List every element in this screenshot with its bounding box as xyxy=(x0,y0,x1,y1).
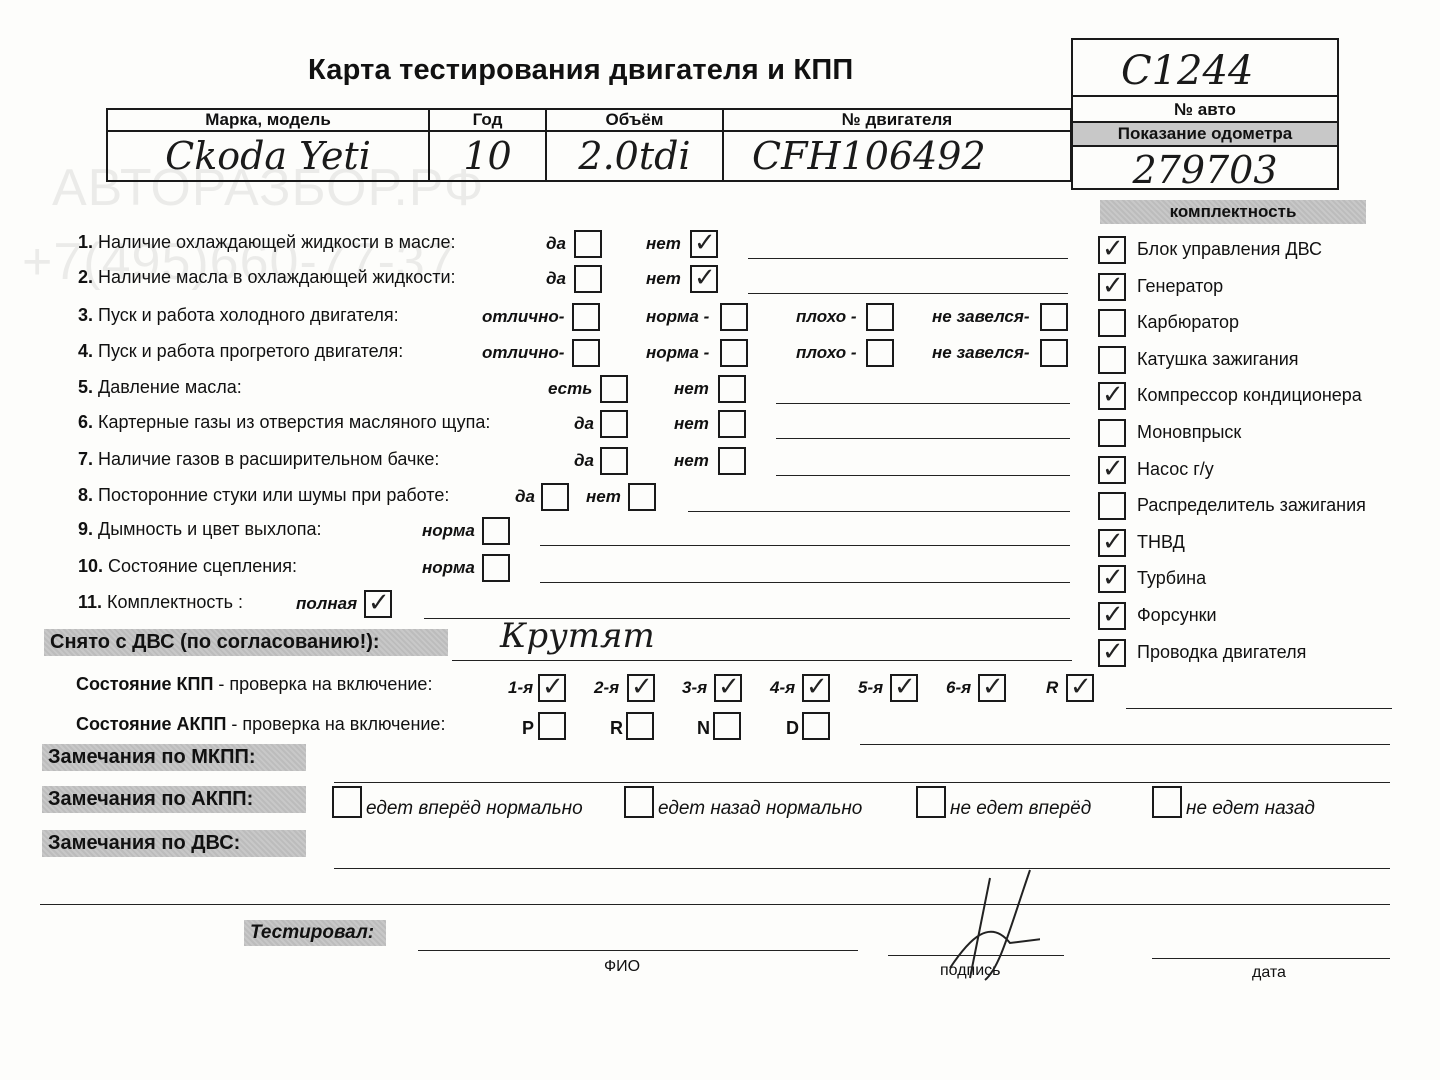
option-label: не завелся- xyxy=(932,307,1030,327)
date-line[interactable] xyxy=(1152,958,1390,959)
option-label: не завелся- xyxy=(932,343,1030,363)
option-label: да xyxy=(546,234,566,254)
checkmark-icon: ✓ xyxy=(1102,456,1124,482)
question-7-option-2-checkbox[interactable] xyxy=(718,447,746,475)
volume-field[interactable]: 2.0tdi xyxy=(546,131,723,181)
kpp-gear-label: 2-я xyxy=(594,678,619,698)
option-label: да xyxy=(546,269,566,289)
kit-item-checkbox[interactable]: ✓ xyxy=(1098,456,1126,484)
kit-item-label: Распределитель зажигания xyxy=(1137,495,1366,516)
option-label: норма - xyxy=(646,343,709,363)
question-7-option-1-checkbox[interactable] xyxy=(600,447,628,475)
option-label: есть xyxy=(548,379,592,399)
checkmark-icon: ✓ xyxy=(631,674,653,700)
kpp-gear-label: R xyxy=(1046,678,1058,698)
remarks-dvs-line-2[interactable] xyxy=(40,904,1390,905)
page-title: Карта тестирования двигателя и КПП xyxy=(308,54,853,87)
option-label: да xyxy=(574,451,594,471)
question-3-option-3-checkbox[interactable] xyxy=(866,303,894,331)
remarks-dvs-line[interactable] xyxy=(334,868,1390,869)
akpp-gear-label: N xyxy=(697,718,710,739)
notes-line[interactable] xyxy=(776,403,1070,404)
notes-line[interactable] xyxy=(776,475,1070,476)
kpp-gear-checkbox[interactable]: ✓ xyxy=(627,674,655,702)
kit-item-checkbox[interactable]: ✓ xyxy=(1098,602,1126,630)
notes-line[interactable] xyxy=(748,258,1068,259)
question-8: 8. Посторонние стуки или шумы при работе… xyxy=(78,485,449,506)
odometer-label: Показание одометра xyxy=(1073,121,1337,147)
signature-scribble xyxy=(930,868,1040,988)
kit-item-label: Насос г/у xyxy=(1137,459,1214,480)
checkmark-icon: ✓ xyxy=(1102,382,1124,408)
kpp-gear-checkbox[interactable]: ✓ xyxy=(978,674,1006,702)
akpp-gear-label: R xyxy=(610,718,623,739)
question-11: 11. Комплектность : xyxy=(78,592,243,613)
akpp-gear-label: D xyxy=(786,718,799,739)
removed-line xyxy=(452,660,1072,661)
kpp-gear-checkbox[interactable]: ✓ xyxy=(890,674,918,702)
option-label: да xyxy=(574,414,594,434)
col-header-volume: Объём xyxy=(546,109,723,131)
option-label: нет xyxy=(646,269,681,289)
kit-item-checkbox[interactable]: ✓ xyxy=(1098,382,1126,410)
notes-line[interactable] xyxy=(540,582,1070,583)
akpp-gear-checkbox[interactable] xyxy=(802,712,830,740)
checkmark-icon: ✓ xyxy=(1102,529,1124,555)
kpp-line xyxy=(1126,708,1392,709)
date-label: дата xyxy=(1252,964,1286,982)
remarks-dvs-label: Замечания по ДВС: xyxy=(42,830,306,857)
question-4-option-4-checkbox[interactable] xyxy=(1040,339,1068,367)
option-label: нет xyxy=(646,234,681,254)
option-label: отлично- xyxy=(482,343,564,363)
kit-item-label: Карбюратор xyxy=(1137,312,1239,333)
col-header-make-model: Марка, модель xyxy=(107,109,429,131)
tested-by-label: Тестировал: xyxy=(244,920,386,946)
kpp-gear-checkbox[interactable]: ✓ xyxy=(714,674,742,702)
question-6-option-2-checkbox[interactable] xyxy=(718,410,746,438)
question-11-option-1-checkbox[interactable]: ✓ xyxy=(364,590,392,618)
kit-item-label: ТНВД xyxy=(1137,532,1185,553)
kit-item-label: Турбина xyxy=(1137,568,1206,589)
checkmark-icon: ✓ xyxy=(1102,602,1124,628)
checkmark-icon: ✓ xyxy=(1102,565,1124,591)
akpp-remark-checkbox[interactable] xyxy=(916,786,946,818)
question-4-option-2-checkbox[interactable] xyxy=(720,339,748,367)
akpp-remark-checkbox[interactable] xyxy=(624,786,654,818)
akpp-remark-checkbox[interactable] xyxy=(1152,786,1182,818)
akpp-remark-label: не едет вперёд xyxy=(950,798,1091,820)
checkmark-icon: ✓ xyxy=(1102,639,1124,665)
option-label: нет xyxy=(674,451,709,471)
kpp-gear-checkbox[interactable]: ✓ xyxy=(802,674,830,702)
checkmark-icon: ✓ xyxy=(694,230,716,256)
question-9-option-1-checkbox[interactable] xyxy=(482,517,510,545)
question-7: 7. Наличие газов в расширительном бачке: xyxy=(78,449,439,470)
question-6: 6. Картерные газы из отверстия масляного… xyxy=(78,412,490,433)
question-5-option-1-checkbox[interactable] xyxy=(600,375,628,403)
kit-item-checkbox[interactable]: ✓ xyxy=(1098,273,1126,301)
option-label: нет xyxy=(586,487,621,507)
akpp-remark-label: едет вперёд нормально xyxy=(366,798,583,820)
akpp-remark-checkbox[interactable] xyxy=(332,786,362,818)
question-3-option-1-checkbox[interactable] xyxy=(572,303,600,331)
kit-item-checkbox[interactable] xyxy=(1098,346,1126,374)
kit-item-checkbox[interactable]: ✓ xyxy=(1098,565,1126,593)
option-label: норма xyxy=(422,558,475,578)
question-2-option-2-checkbox[interactable]: ✓ xyxy=(690,265,718,293)
checkmark-icon: ✓ xyxy=(1070,674,1092,700)
checkmark-icon: ✓ xyxy=(806,674,828,700)
odometer-field[interactable]: 279703 xyxy=(1073,147,1337,193)
question-2-option-1-checkbox[interactable] xyxy=(574,265,602,293)
kit-item-checkbox[interactable] xyxy=(1098,309,1126,337)
checkmark-icon: ✓ xyxy=(694,265,716,291)
question-1: 1. Наличие охлаждающей жидкости в масле: xyxy=(78,232,456,253)
kit-item-label: Моновпрыск xyxy=(1137,422,1241,443)
kpp-gear-label: 3-я xyxy=(682,678,707,698)
question-9: 9. Дымность и цвет выхлопа: xyxy=(78,519,321,540)
kit-item-checkbox[interactable]: ✓ xyxy=(1098,236,1126,264)
remarks-mkpp-label: Замечания по МКПП: xyxy=(42,744,306,771)
option-label: да xyxy=(515,487,535,507)
option-label: отлично- xyxy=(482,307,564,327)
kit-item-label: Проводка двигателя xyxy=(1137,642,1306,663)
car-number-label: № авто xyxy=(1073,95,1337,121)
question-6-option-1-checkbox[interactable] xyxy=(600,410,628,438)
kit-item-checkbox[interactable]: ✓ xyxy=(1098,529,1126,557)
year-field[interactable]: 10 xyxy=(429,131,546,181)
checkmark-icon: ✓ xyxy=(894,674,916,700)
kit-item-label: Катушка зажигания xyxy=(1137,349,1299,370)
kit-item-label: Генератор xyxy=(1137,276,1223,297)
akpp-gear-checkbox[interactable] xyxy=(713,712,741,740)
vehicle-info-table: Марка, модель Год Объём № двигателя Ckod… xyxy=(106,108,1072,182)
question-4-option-3-checkbox[interactable] xyxy=(866,339,894,367)
kpp-gear-label: 5-я xyxy=(858,678,883,698)
akpp-label: Состояние АКПП - проверка на включение: xyxy=(76,714,445,735)
kit-item-label: Компрессор кондиционера xyxy=(1137,385,1362,406)
col-header-engine-number: № двигателя xyxy=(723,109,1071,131)
checkmark-icon: ✓ xyxy=(1102,236,1124,262)
kit-item-checkbox[interactable] xyxy=(1098,419,1126,447)
kpp-label: Состояние КПП - проверка на включение: xyxy=(76,674,432,695)
remarks-akpp-label: Замечания по АКПП: xyxy=(42,786,306,813)
option-label: плохо - xyxy=(796,307,857,327)
notes-line[interactable] xyxy=(748,293,1068,294)
option-label: норма - xyxy=(646,307,709,327)
car-number-block: C1244 № авто Показание одометра 279703 xyxy=(1071,38,1339,190)
checkmark-icon: ✓ xyxy=(368,590,390,616)
question-8-option-1-checkbox[interactable] xyxy=(541,483,569,511)
akpp-gear-label: P xyxy=(522,718,534,739)
notes-line[interactable] xyxy=(540,545,1070,546)
checkmark-icon: ✓ xyxy=(1102,273,1124,299)
question-3-option-2-checkbox[interactable] xyxy=(720,303,748,331)
remarks-mkpp-line[interactable] xyxy=(334,782,1390,783)
question-1-option-1-checkbox[interactable] xyxy=(574,230,602,258)
checkmark-icon: ✓ xyxy=(718,674,740,700)
removed-label: Снято с ДВС (по согласованию!): xyxy=(44,629,448,656)
make-model-field[interactable]: Ckoda Yeti xyxy=(107,131,429,181)
col-header-year: Год xyxy=(429,109,546,131)
question-4-option-1-checkbox[interactable] xyxy=(572,339,600,367)
kit-item-label: Блок управления ДВС xyxy=(1137,239,1322,260)
akpp-remark-label: едет назад нормально xyxy=(658,798,862,820)
checkmark-icon: ✓ xyxy=(982,674,1004,700)
akpp-gear-checkbox[interactable] xyxy=(538,712,566,740)
kit-item-checkbox[interactable] xyxy=(1098,492,1126,520)
removed-field[interactable]: Крутят xyxy=(500,616,655,656)
question-3: 3. Пуск и работа холодного двигателя: xyxy=(78,305,399,326)
akpp-gear-checkbox[interactable] xyxy=(626,712,654,740)
question-4: 4. Пуск и работа прогретого двигателя: xyxy=(78,341,403,362)
kpp-gear-label: 4-я xyxy=(770,678,795,698)
option-label: нет xyxy=(674,414,709,434)
checkmark-icon: ✓ xyxy=(542,674,564,700)
fio-line[interactable] xyxy=(418,950,858,951)
question-3-option-4-checkbox[interactable] xyxy=(1040,303,1068,331)
engine-number-field[interactable]: CFH106492 xyxy=(723,131,1071,181)
question-8-option-2-checkbox[interactable] xyxy=(628,483,656,511)
kit-item-checkbox[interactable]: ✓ xyxy=(1098,639,1126,667)
kpp-gear-label: 6-я xyxy=(946,678,971,698)
kpp-gear-checkbox[interactable]: ✓ xyxy=(538,674,566,702)
notes-line[interactable] xyxy=(776,438,1070,439)
option-label: плохо - xyxy=(796,343,857,363)
notes-line[interactable] xyxy=(688,511,1070,512)
option-label: полная xyxy=(296,594,357,614)
question-10-option-1-checkbox[interactable] xyxy=(482,554,510,582)
car-number-field[interactable]: C1244 xyxy=(1073,40,1337,95)
question-5-option-2-checkbox[interactable] xyxy=(718,375,746,403)
fio-label: ФИО xyxy=(604,958,640,976)
question-10: 10. Состояние сцепления: xyxy=(78,556,297,577)
kit-title: комплектность xyxy=(1100,200,1366,224)
option-label: нет xyxy=(674,379,709,399)
question-1-option-2-checkbox[interactable]: ✓ xyxy=(690,230,718,258)
kpp-gear-checkbox[interactable]: ✓ xyxy=(1066,674,1094,702)
option-label: норма xyxy=(422,521,475,541)
akpp-remark-label: не едет назад xyxy=(1186,798,1315,820)
akpp-line xyxy=(860,744,1390,745)
kit-item-label: Форсунки xyxy=(1137,605,1217,626)
kpp-gear-label: 1-я xyxy=(508,678,533,698)
question-5: 5. Давление масла: xyxy=(78,377,242,398)
question-2: 2. Наличие масла в охлаждающей жидкости: xyxy=(78,267,456,288)
